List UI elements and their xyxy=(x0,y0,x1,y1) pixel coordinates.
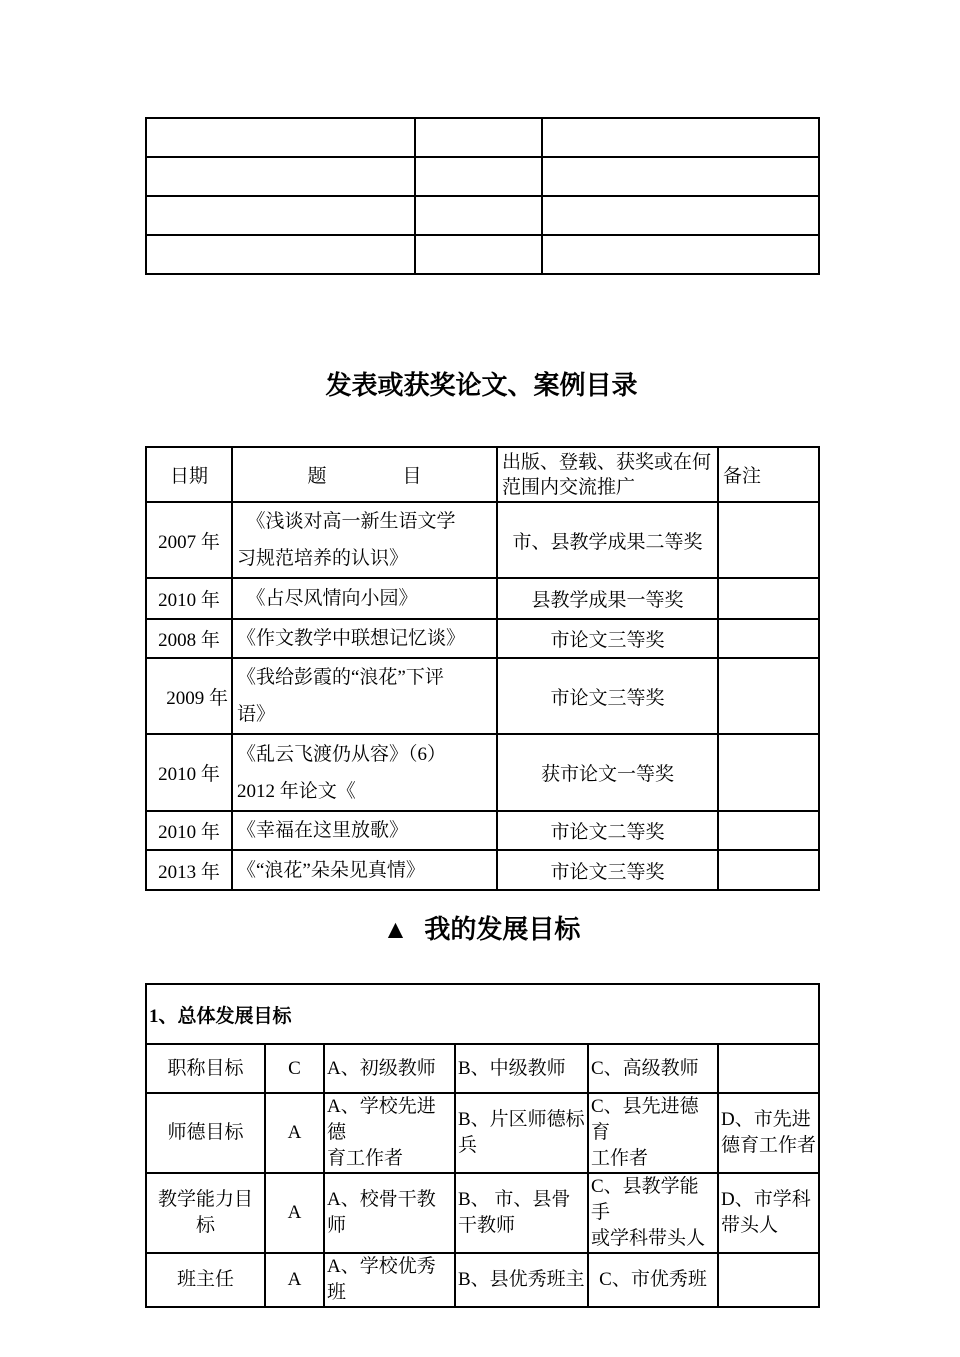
goal-option-c: C、市优秀班 xyxy=(588,1253,718,1307)
paper-award: 市论文三等奖 xyxy=(497,850,718,890)
header-date: 日期 xyxy=(146,447,232,502)
paper-title: 《占尽风情向小园》 xyxy=(232,578,497,619)
paper-date: 2013 年 xyxy=(146,850,232,890)
goal-option-c: C、县教学能手或学科带头人 xyxy=(588,1173,718,1253)
goal-label: 师德目标 xyxy=(146,1093,265,1173)
goal-row: 教学能力目标 A A、校骨干教师 B、 市、县骨干教师 C、县教学能手或学科带头… xyxy=(146,1173,819,1253)
paper-row: 2010 年 《幸福在这里放歌》 市论文二等奖 xyxy=(146,811,819,850)
paper-note xyxy=(718,578,819,619)
paper-award: 获市论文一等奖 xyxy=(497,734,718,811)
paper-title: 《浅谈对高一新生语文学习规范培养的认识》 xyxy=(232,502,497,578)
goal-option-c: C、县先进德育工作者 xyxy=(588,1093,718,1173)
paper-note xyxy=(718,502,819,578)
empty-cell xyxy=(415,235,542,274)
table-row xyxy=(146,196,819,235)
paper-date: 2010 年 xyxy=(146,811,232,850)
empty-cell xyxy=(415,157,542,196)
paper-title: 《作文教学中联想记忆谈》 xyxy=(232,619,497,658)
document-page: { "sections": { "papers_title": "发表或获奖论文… xyxy=(0,0,960,1357)
paper-date: 2010 年 xyxy=(146,734,232,811)
paper-row: 2010 年 《乱云飞渡仍从容》（6）2012 年论文《 获市论文一等奖 xyxy=(146,734,819,811)
papers-section-title: 发表或获奖论文、案例目录 xyxy=(145,368,818,404)
paper-award: 市、县教学成果二等奖 xyxy=(497,502,718,578)
goal-row: 职称目标 C A、初级教师 B、中级教师 C、高级教师 xyxy=(146,1044,819,1093)
empty-table xyxy=(145,117,820,275)
empty-cell xyxy=(542,235,819,274)
goal-label: 班主任 xyxy=(146,1253,265,1307)
goal-row: 班主任 A A、学校优秀班 B、县优秀班主 C、市优秀班 xyxy=(146,1253,819,1307)
paper-award: 市论文二等奖 xyxy=(497,811,718,850)
paper-title: 《幸福在这里放歌》 xyxy=(232,811,497,850)
goal-option-b: B、中级教师 xyxy=(455,1044,588,1093)
empty-cell xyxy=(542,157,819,196)
goal-grade: A xyxy=(265,1173,324,1253)
paper-date: 2008 年 xyxy=(146,619,232,658)
table-row xyxy=(146,118,819,157)
goal-option-d xyxy=(718,1044,819,1093)
paper-award: 市论文三等奖 xyxy=(497,658,718,734)
goal-option-d: D、市学科带头人 xyxy=(718,1173,819,1253)
paper-title: 《乱云飞渡仍从容》（6）2012 年论文《 xyxy=(232,734,497,811)
goal-option-c: C、高级教师 xyxy=(588,1044,718,1093)
paper-note xyxy=(718,811,819,850)
paper-row: 2013 年 《“浪花”朵朵见真情》 市论文三等奖 xyxy=(146,850,819,890)
paper-note xyxy=(718,850,819,890)
goal-option-a: A、校骨干教师 xyxy=(324,1173,455,1253)
paper-title: 《我给彭霞的“浪花”下评语》 xyxy=(232,658,497,734)
paper-row: 2010 年 《占尽风情向小园》 县教学成果一等奖 xyxy=(146,578,819,619)
empty-cell xyxy=(146,235,415,274)
header-note: 备注 xyxy=(718,447,819,502)
goal-label: 职称目标 xyxy=(146,1044,265,1093)
goals-title-row: 1、总体发展目标 xyxy=(146,984,819,1044)
papers-table: 日期 题 目 出版、登载、获奖或在何范围内交流推广 备注 2007 年 《浅谈对… xyxy=(145,446,820,891)
paper-row: 2009 年 《我给彭霞的“浪花”下评语》 市论文三等奖 xyxy=(146,658,819,734)
goal-label: 教学能力目标 xyxy=(146,1173,265,1253)
table-row xyxy=(146,235,819,274)
goal-grade: A xyxy=(265,1093,324,1173)
paper-row: 2008 年 《作文教学中联想记忆谈》 市论文三等奖 xyxy=(146,619,819,658)
goal-option-a: A、学校优秀班 xyxy=(324,1253,455,1307)
empty-cell xyxy=(146,118,415,157)
empty-cell xyxy=(415,118,542,157)
triangle-icon: ▲ xyxy=(383,910,409,950)
paper-date: 2009 年 xyxy=(146,658,232,734)
paper-note xyxy=(718,658,819,734)
papers-header-row: 日期 题 目 出版、登载、获奖或在何范围内交流推广 备注 xyxy=(146,447,819,502)
goal-option-b: B、 市、县骨干教师 xyxy=(455,1173,588,1253)
paper-award: 市论文三等奖 xyxy=(497,619,718,658)
goals-table-title: 1、总体发展目标 xyxy=(146,984,819,1044)
paper-date: 2007 年 xyxy=(146,502,232,578)
paper-award: 县教学成果一等奖 xyxy=(497,578,718,619)
empty-cell xyxy=(146,157,415,196)
paper-date: 2010 年 xyxy=(146,578,232,619)
goal-grade: C xyxy=(265,1044,324,1093)
paper-row: 2007 年 《浅谈对高一新生语文学习规范培养的认识》 市、县教学成果二等奖 xyxy=(146,502,819,578)
goal-row: 师德目标 A A、学校先进德育工作者 B、片区师德标兵 C、县先进德育工作者 D… xyxy=(146,1093,819,1173)
goal-option-d: D、市先进德育工作者 xyxy=(718,1093,819,1173)
empty-cell xyxy=(542,118,819,157)
goal-option-b: B、片区师德标兵 xyxy=(455,1093,588,1173)
empty-cell xyxy=(542,196,819,235)
goal-grade: A xyxy=(265,1253,324,1307)
paper-note xyxy=(718,734,819,811)
goal-option-d xyxy=(718,1253,819,1307)
goal-option-a: A、学校先进德育工作者 xyxy=(324,1093,455,1173)
goals-table: 1、总体发展目标 职称目标 C A、初级教师 B、中级教师 C、高级教师 师德目… xyxy=(145,983,820,1308)
header-award: 出版、登载、获奖或在何范围内交流推广 xyxy=(497,447,718,502)
paper-title: 《“浪花”朵朵见真情》 xyxy=(232,850,497,890)
empty-cell xyxy=(146,196,415,235)
table-row xyxy=(146,157,819,196)
goal-option-a: A、初级教师 xyxy=(324,1044,455,1093)
empty-cell xyxy=(415,196,542,235)
goals-section-title: ▲我的发展目标 xyxy=(145,910,818,950)
goals-section-title-text: 我的发展目标 xyxy=(424,915,580,944)
paper-note xyxy=(718,619,819,658)
header-title: 题 目 xyxy=(232,447,497,502)
goal-option-b: B、县优秀班主 xyxy=(455,1253,588,1307)
